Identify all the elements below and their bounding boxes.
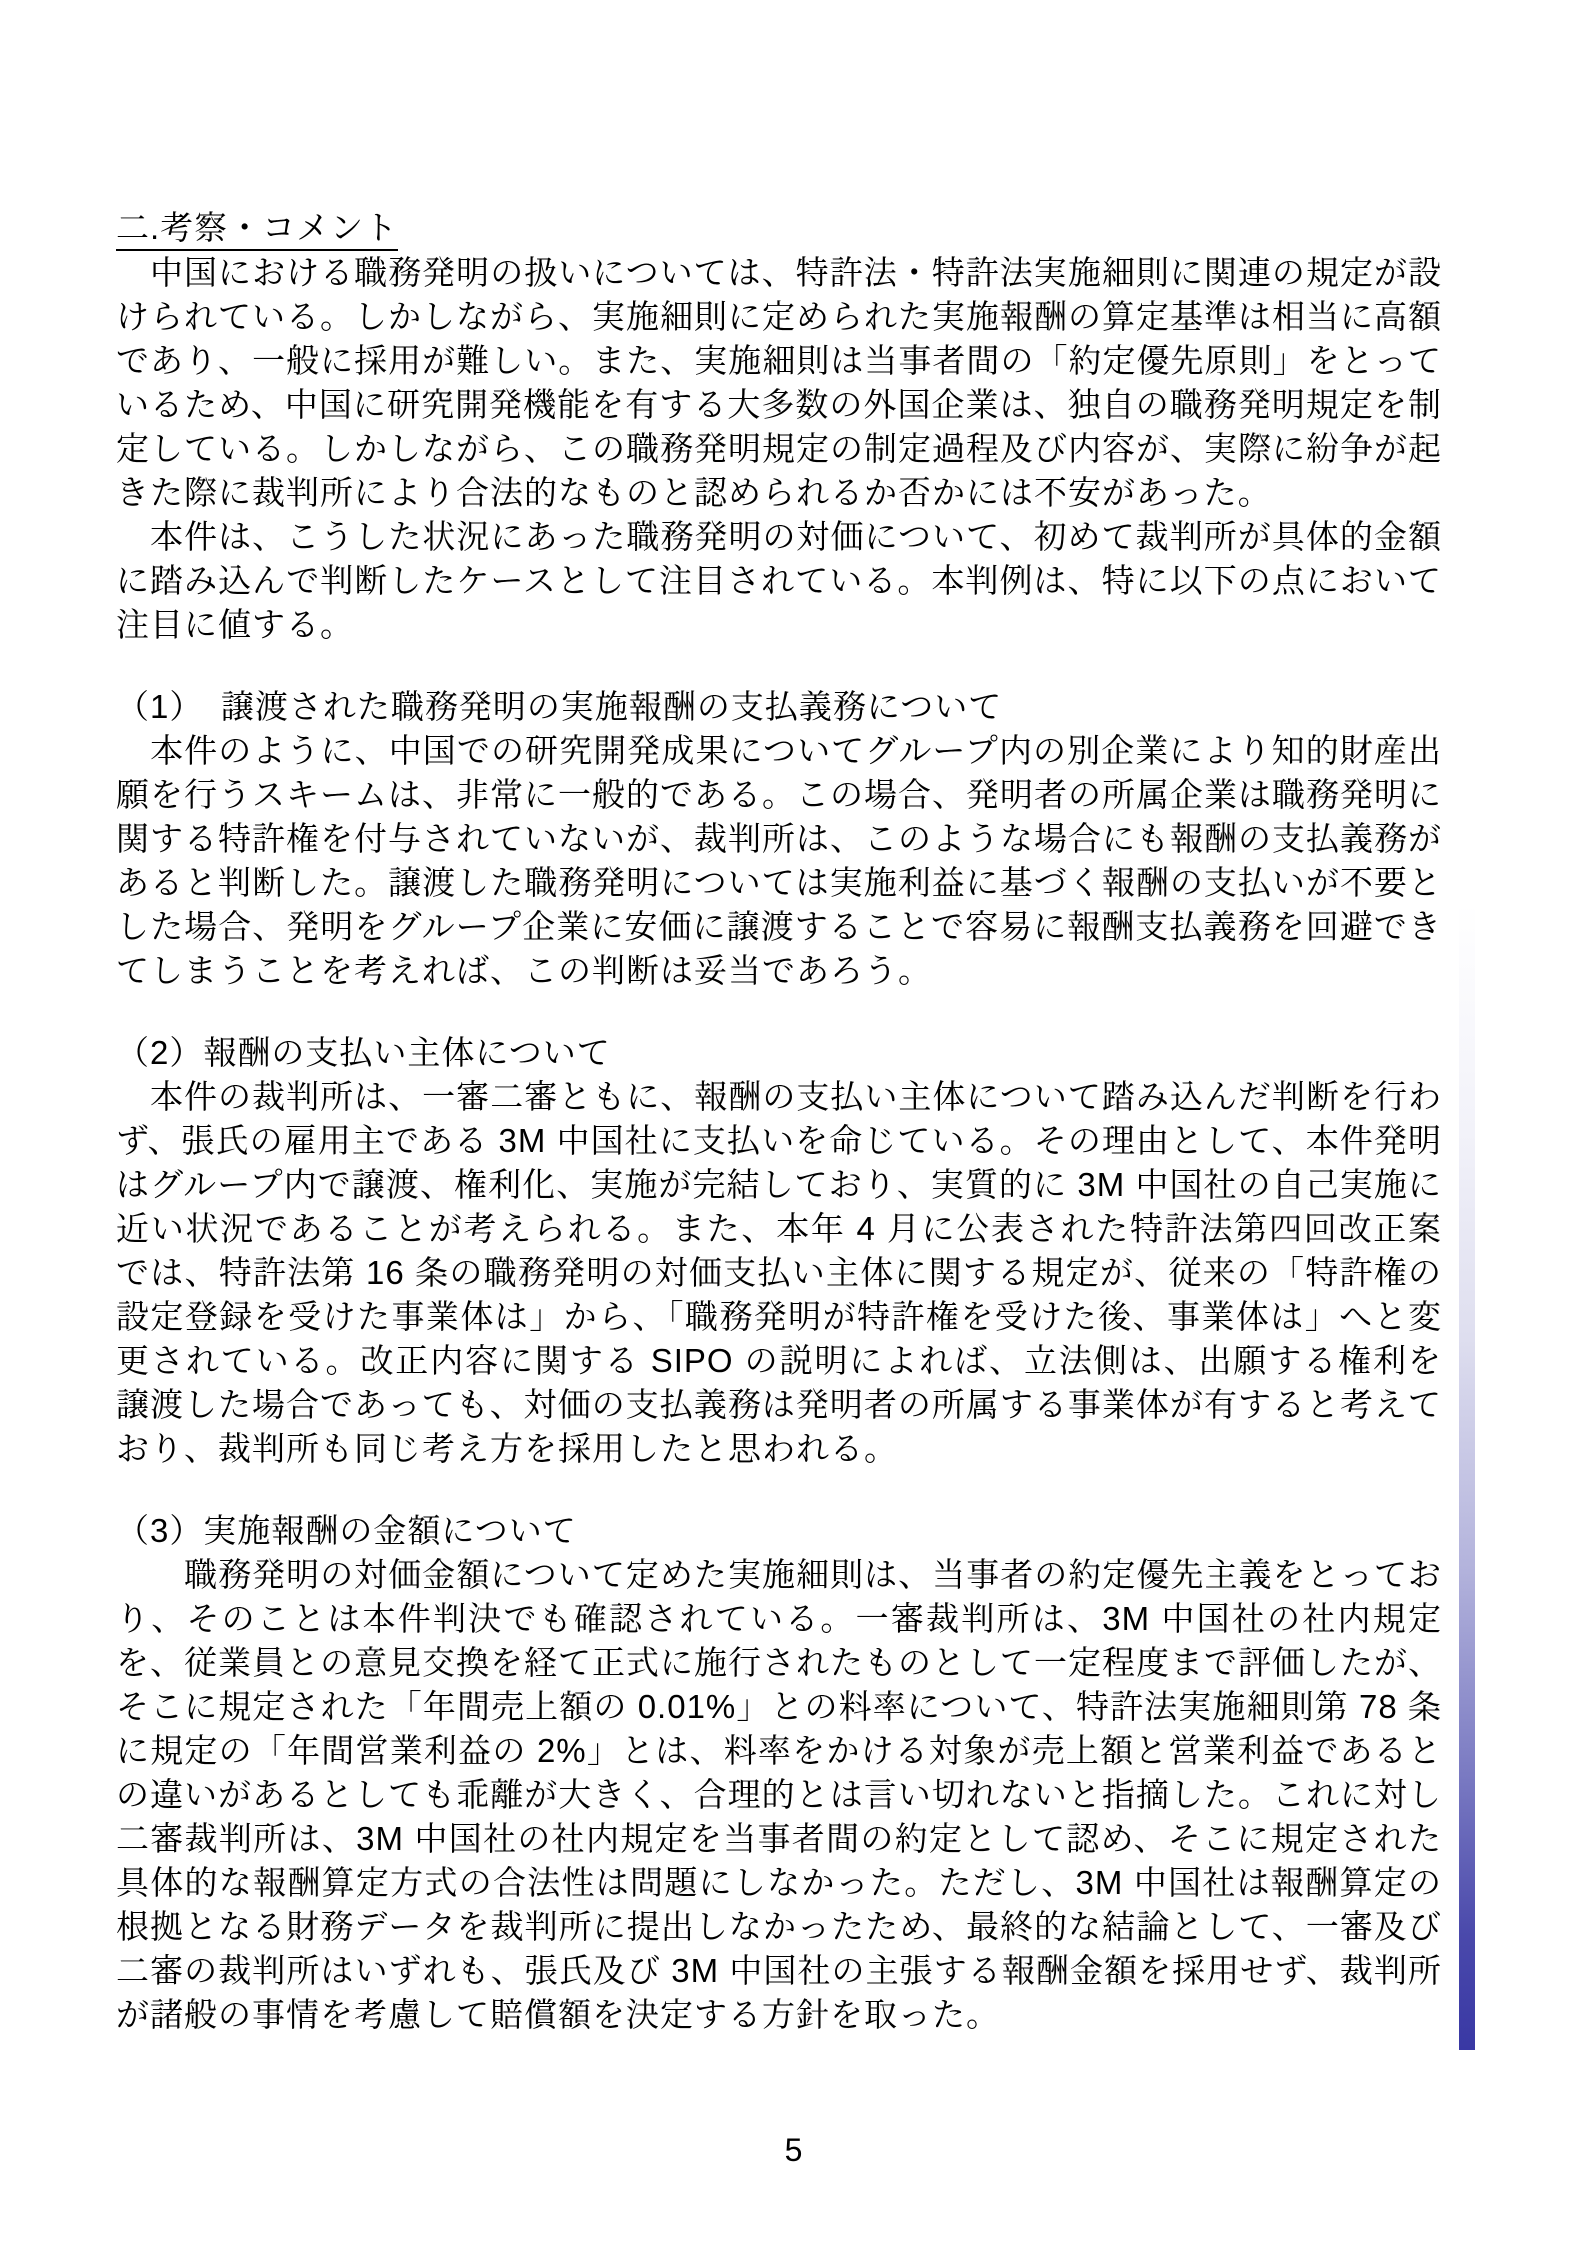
- page-edge-gradient-bar: [1459, 903, 1475, 2050]
- section-1: （1） 譲渡された職務発明の実施報酬の支払義務について 本件のように、中国での研…: [116, 685, 1442, 993]
- section-3-title: （3）実施報酬の金額について: [116, 1509, 1442, 1553]
- section-3-paragraph: 職務発明の対価金額について定めた実施細則は、当事者の約定優先主義をとっており、そ…: [116, 1553, 1442, 2037]
- section-3: （3）実施報酬の金額について 職務発明の対価金額について定めた実施細則は、当事者…: [116, 1509, 1442, 2037]
- intro-paragraph: 本件は、こうした状況にあった職務発明の対価について、初めて裁判所が具体的金額に踏…: [116, 515, 1442, 647]
- section-heading-consideration-comment: 二.考察・コメント: [116, 207, 398, 251]
- section-1-paragraph: 本件のように、中国での研究開発成果についてグループ内の別企業により知的財産出願を…: [116, 729, 1442, 993]
- section-2-title: （2）報酬の支払い主体について: [116, 1031, 1442, 1075]
- page-number: 5: [0, 2130, 1587, 2170]
- document-page: 二.考察・コメント 中国における職務発明の扱いについては、特許法・特許法実施細則…: [0, 0, 1587, 2245]
- section-2: （2）報酬の支払い主体について 本件の裁判所は、一審二審ともに、報酬の支払い主体…: [116, 1031, 1442, 1471]
- section-2-paragraph: 本件の裁判所は、一審二審ともに、報酬の支払い主体について踏み込んだ判断を行わず、…: [116, 1075, 1442, 1471]
- section-1-title: （1） 譲渡された職務発明の実施報酬の支払義務について: [116, 685, 1442, 729]
- intro-paragraph: 中国における職務発明の扱いについては、特許法・特許法実施細則に関連の規定が設けら…: [116, 251, 1442, 515]
- document-body: 二.考察・コメント 中国における職務発明の扱いについては、特許法・特許法実施細則…: [116, 206, 1442, 2037]
